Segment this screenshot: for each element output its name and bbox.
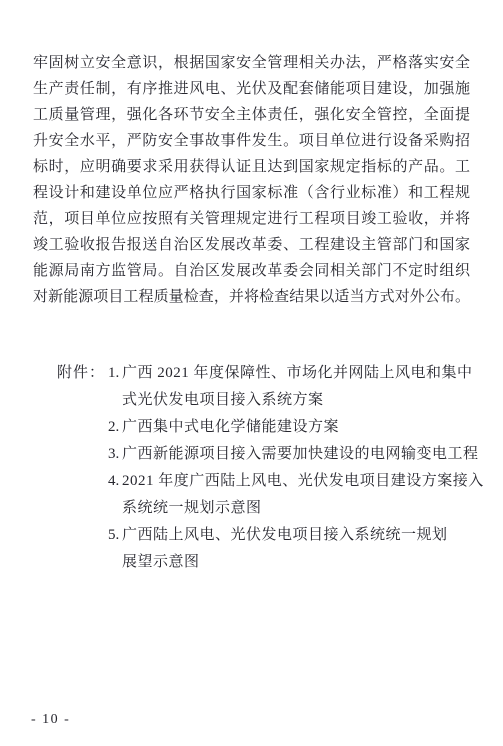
- attachment-item-line: 广西新能源项目接入需要加快建设的电网输变电工程: [122, 441, 479, 468]
- attachment-item-number: 3.: [108, 441, 122, 468]
- page-number: - 10 -: [31, 711, 70, 729]
- body-line: 工质量管理，强化各环节安全主体责任，强化安全管控，全面提: [33, 102, 470, 128]
- attachment-item: 4.2021 年度广西陆上风电、光伏发电项目建设方案接入系统统一规划示意图: [108, 468, 484, 522]
- attachment-item-line: 广西陆上风电、光伏发电项目接入系统统一规划: [122, 522, 448, 549]
- attachment-item: 3.广西新能源项目接入需要加快建设的电网输变电工程: [108, 441, 484, 468]
- body-line: 标时，应明确要求采用获得认证且达到国家规定指标的产品。工: [33, 154, 470, 180]
- attachment-list: 1.广西 2021 年度保障性、市场化并网陆上风电和集中式光伏发电项目接入系统方…: [108, 360, 484, 576]
- attachment-item: 5.广西陆上风电、光伏发电项目接入系统统一规划展望示意图: [108, 522, 484, 576]
- attachment-label: 附件：: [57, 360, 105, 387]
- attachment-item-line: 2021 年度广西陆上风电、光伏发电项目建设方案接入: [122, 468, 484, 495]
- attachment-section: 附件： 1.广西 2021 年度保障性、市场化并网陆上风电和集中式光伏发电项目接…: [57, 360, 484, 576]
- body-line: 生产责任制，有序推进风电、光伏及配套储能项目建设，加强施: [33, 76, 470, 102]
- body-line: 升安全水平，严防安全事故事件发生。项目单位进行设备采购招: [33, 128, 470, 154]
- document-page: 牢固树立安全意识，根据国家安全管理相关办法，严格落实安全生产责任制，有序推进风电…: [0, 0, 503, 746]
- attachment-item-text: 广西新能源项目接入需要加快建设的电网输变电工程: [122, 441, 479, 468]
- attachment-item-number: 4.: [108, 468, 122, 495]
- body-line: 竣工验收报告报送自治区发展改革委、工程建设主管部门和国家: [33, 232, 470, 258]
- body-line: 对新能源项目工程质量检查，并将检查结果以适当方式对外公布。: [33, 284, 470, 310]
- attachment-item-text: 广西 2021 年度保障性、市场化并网陆上风电和集中式光伏发电项目接入系统方案: [122, 360, 473, 414]
- body-line: 能源局南方监管局。自治区发展改革委会同相关部门不定时组织: [33, 258, 470, 284]
- attachment-item-text: 2021 年度广西陆上风电、光伏发电项目建设方案接入系统统一规划示意图: [122, 468, 484, 522]
- attachment-item-line: 展望示意图: [122, 549, 448, 576]
- body-line: 范，项目单位应按照有关管理规定进行工程项目竣工验收，并将: [33, 206, 470, 232]
- body-line: 程设计和建设单位应严格执行国家标准（含行业标准）和工程规: [33, 180, 470, 206]
- body-paragraph: 牢固树立安全意识，根据国家安全管理相关办法，严格落实安全生产责任制，有序推进风电…: [33, 50, 470, 310]
- attachment-item-line: 系统统一规划示意图: [122, 495, 484, 522]
- attachment-item-line: 广西集中式电化学储能建设方案: [122, 414, 339, 441]
- attachment-item-line: 广西 2021 年度保障性、市场化并网陆上风电和集中: [122, 360, 473, 387]
- attachment-item-text: 广西集中式电化学储能建设方案: [122, 414, 339, 441]
- attachment-item-number: 1.: [108, 360, 122, 387]
- attachment-item-line: 式光伏发电项目接入系统方案: [122, 387, 473, 414]
- attachment-item-text: 广西陆上风电、光伏发电项目接入系统统一规划展望示意图: [122, 522, 448, 576]
- attachment-item: 1.广西 2021 年度保障性、市场化并网陆上风电和集中式光伏发电项目接入系统方…: [108, 360, 484, 414]
- attachment-item-number: 2.: [108, 414, 122, 441]
- attachment-item-number: 5.: [108, 522, 122, 549]
- attachment-item: 2.广西集中式电化学储能建设方案: [108, 414, 484, 441]
- body-line: 牢固树立安全意识，根据国家安全管理相关办法，严格落实安全: [33, 50, 470, 76]
